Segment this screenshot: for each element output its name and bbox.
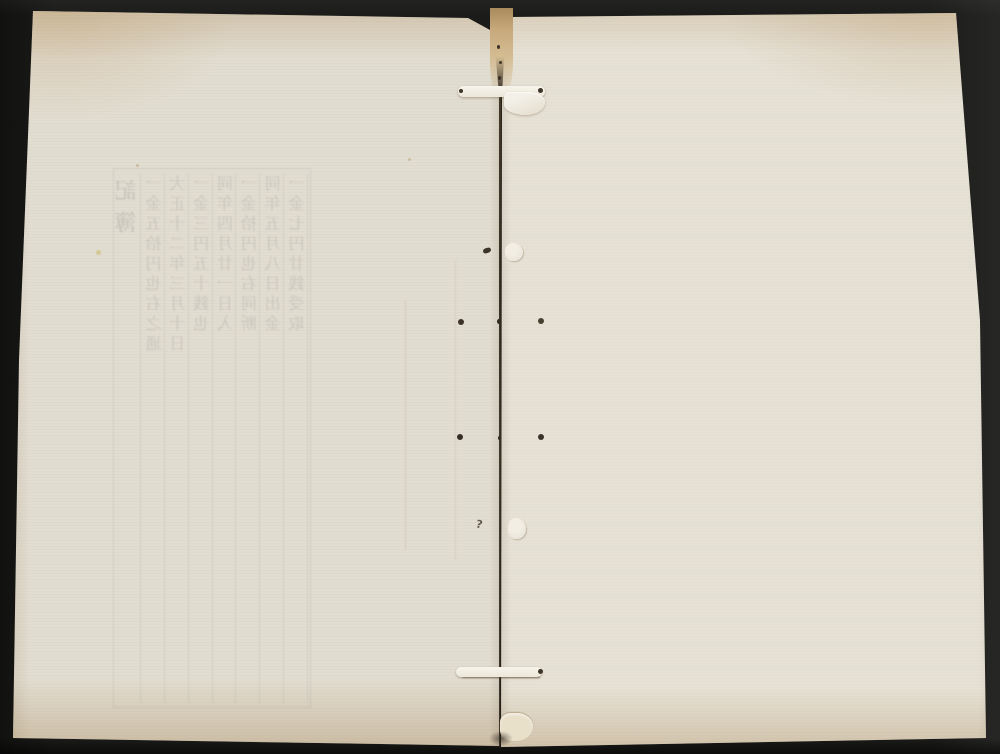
bleedthrough-column: 一金三円五十銭也 <box>194 173 213 703</box>
bleedthrough-text: 一金七円廿銭受取 同年五月八日出金 一金拾円也右同断 同年四月廿一日入 一金三円… <box>113 168 311 708</box>
stitch-hole <box>459 89 463 93</box>
bleedthrough-column: 大正十二年三月十日 <box>170 173 189 703</box>
binding-thread-bottom <box>456 667 542 677</box>
bleedthrough-column: 一金五拾円也右之通 <box>146 173 165 703</box>
page-crease <box>405 300 406 550</box>
bleedthrough-header: 記簿 <box>116 173 141 703</box>
foxing-speck <box>136 164 139 167</box>
binding-thread-loop <box>504 92 545 115</box>
center-seam <box>499 92 501 747</box>
seam-speck <box>498 76 501 80</box>
stitch-hole <box>497 319 501 324</box>
bleedthrough-column: 同年四月廿一日入 <box>217 173 236 703</box>
thread-emboss <box>508 518 526 539</box>
bleedthrough-column: 同年五月八日出金 <box>265 173 284 703</box>
stitch-hole <box>458 319 464 325</box>
stitch-hole <box>538 88 543 93</box>
seam-speck <box>499 61 502 64</box>
thread-emboss <box>505 243 523 261</box>
stitch-hole <box>538 669 543 674</box>
bleedthrough-column: 一金七円廿銭受取 <box>289 173 308 703</box>
gutter-torn-notch <box>490 8 513 96</box>
seam-bottom-smudge <box>489 731 513 746</box>
seam-speck <box>497 45 500 49</box>
foxing-speck <box>408 158 411 161</box>
stitch-hole <box>538 318 544 324</box>
stitch-hole <box>457 434 463 440</box>
foxing-speck <box>96 250 101 255</box>
stitch-hole <box>498 436 501 440</box>
stitch-hole <box>538 434 544 440</box>
bleedthrough-column: 一金拾円也右同断 <box>241 173 260 703</box>
page-crease <box>455 260 456 560</box>
book-scan-photo: 一金七円廿銭受取 同年五月八日出金 一金拾円也右同断 同年四月廿一日入 一金三円… <box>0 0 1000 754</box>
